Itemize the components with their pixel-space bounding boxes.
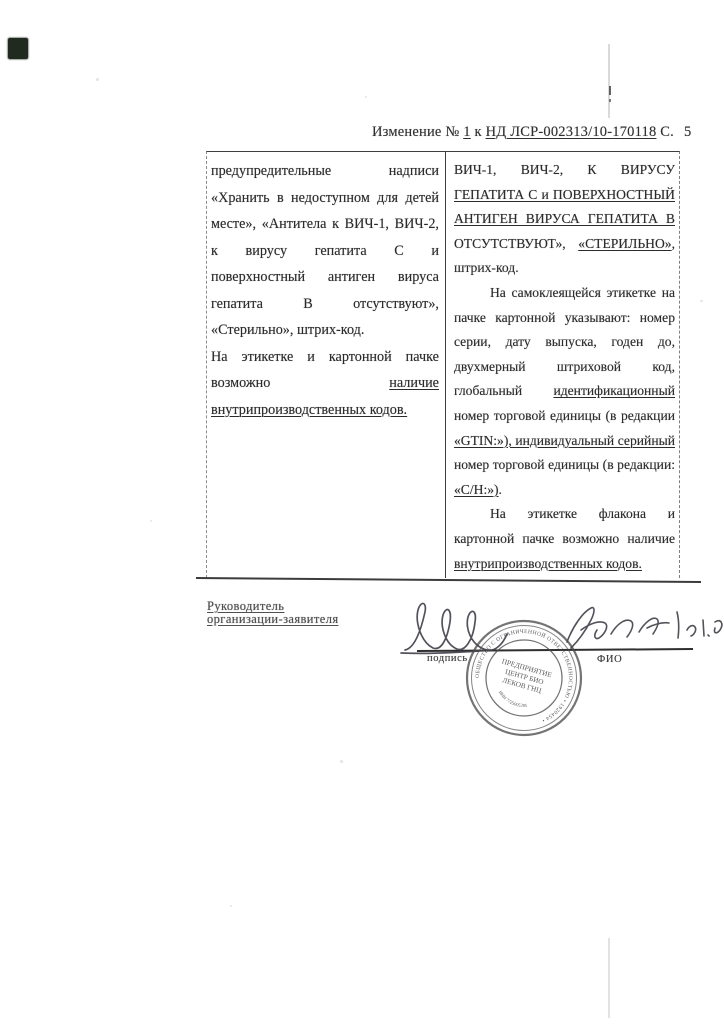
document-page: Изменение № 1 к НД ЛСР-002313/10-170118 … (0, 0, 724, 1024)
text-run: предупредительные надписи «Хранить в нед… (211, 163, 439, 338)
text-run: На самоклеящейся этикетке на пачке карто… (454, 285, 675, 398)
scan-fold-line-bottom (608, 938, 610, 1018)
page-number: 5 (684, 124, 691, 140)
scan-fold-line-top (608, 44, 610, 118)
underlined-text-run: ГЕПАТИТА С и ПОВЕРХНОСТНЫЙ АНТИГЕН ВИРУС… (454, 187, 675, 227)
header-prefix: Изменение № (372, 124, 463, 140)
scan-tick-mark-small (609, 99, 611, 102)
nd-code: НД ЛСР-002313/10-170118 (486, 124, 657, 140)
scan-speck (340, 760, 343, 763)
handwritten-name (567, 608, 722, 648)
signer-role: Руководитель организации-заявителя (207, 600, 339, 626)
underlined-text-run: внутрипроизводственных кодов. (454, 556, 642, 571)
underlined-text-run: «GTIN:»), индивидуальный серийный (454, 433, 675, 448)
text-run: номер торговой единицы (в редакции: (454, 457, 675, 472)
underlined-text-run: идентификационный (553, 383, 675, 398)
scan-speck (700, 300, 703, 302)
table-column-new-text: ВИЧ-1, ВИЧ-2, К ВИРУСУ ГЕПАТИТА С и ПОВЕ… (446, 152, 679, 578)
scan-speck (365, 96, 367, 98)
scan-speck (230, 905, 232, 907)
round-stamp: ОБЩЕСТВО С ОГРАНИЧЕННОЙ ОТВЕТСТВЕННОСТЬЮ… (463, 617, 585, 739)
paragraph: ВИЧ-1, ВИЧ-2, К ВИРУСУ ГЕПАТИТА С и ПОВЕ… (454, 158, 675, 281)
underlined-text-run: «С/Н:») (454, 482, 499, 497)
stamp-inn-text: ИНН 7725005285 (498, 690, 528, 708)
document-header-line: Изменение № 1 к НД ЛСР-002313/10-170118 … (372, 124, 672, 141)
text-run: ВИЧ-1, ВИЧ-2, К ВИРУСУ (454, 162, 675, 177)
underlined-text-run: «СТЕРИЛЬНО» (578, 236, 671, 251)
paragraph: предупредительные надписи «Хранить в нед… (211, 158, 439, 344)
page-label: С. (660, 124, 674, 140)
text-run: номер торговой единицы (в редакции (454, 408, 675, 423)
header-connector: к (471, 124, 486, 140)
scan-corner-mark (8, 38, 28, 59)
text-run: На этикетке флакона и картонной пачке во… (454, 506, 675, 546)
scan-tick-mark (609, 86, 611, 95)
text-run: ОТСУТСТВУЮТ», (454, 236, 578, 251)
paragraph: На этикетке и картонной пачке возможно н… (211, 344, 439, 424)
signer-role-line2: организации-заявителя (207, 613, 339, 626)
paragraph: На самоклеящейся этикетке на пачке карто… (454, 281, 675, 502)
paragraph: На этикетке флакона и картонной пачке во… (454, 502, 675, 576)
table-column-current-text: предупредительные надписи «Хранить в нед… (207, 152, 446, 578)
stamp-center-text: ПРЕДПРИЯТИЕ ЦЕНТР БИО ЛЕКОВ ГНЦ (496, 657, 553, 696)
scan-speck (150, 520, 152, 522)
scan-speck (96, 78, 99, 81)
change-number: 1 (463, 124, 470, 140)
changes-table: предупредительные надписи «Хранить в нед… (206, 151, 680, 578)
text-run: . (499, 482, 502, 497)
